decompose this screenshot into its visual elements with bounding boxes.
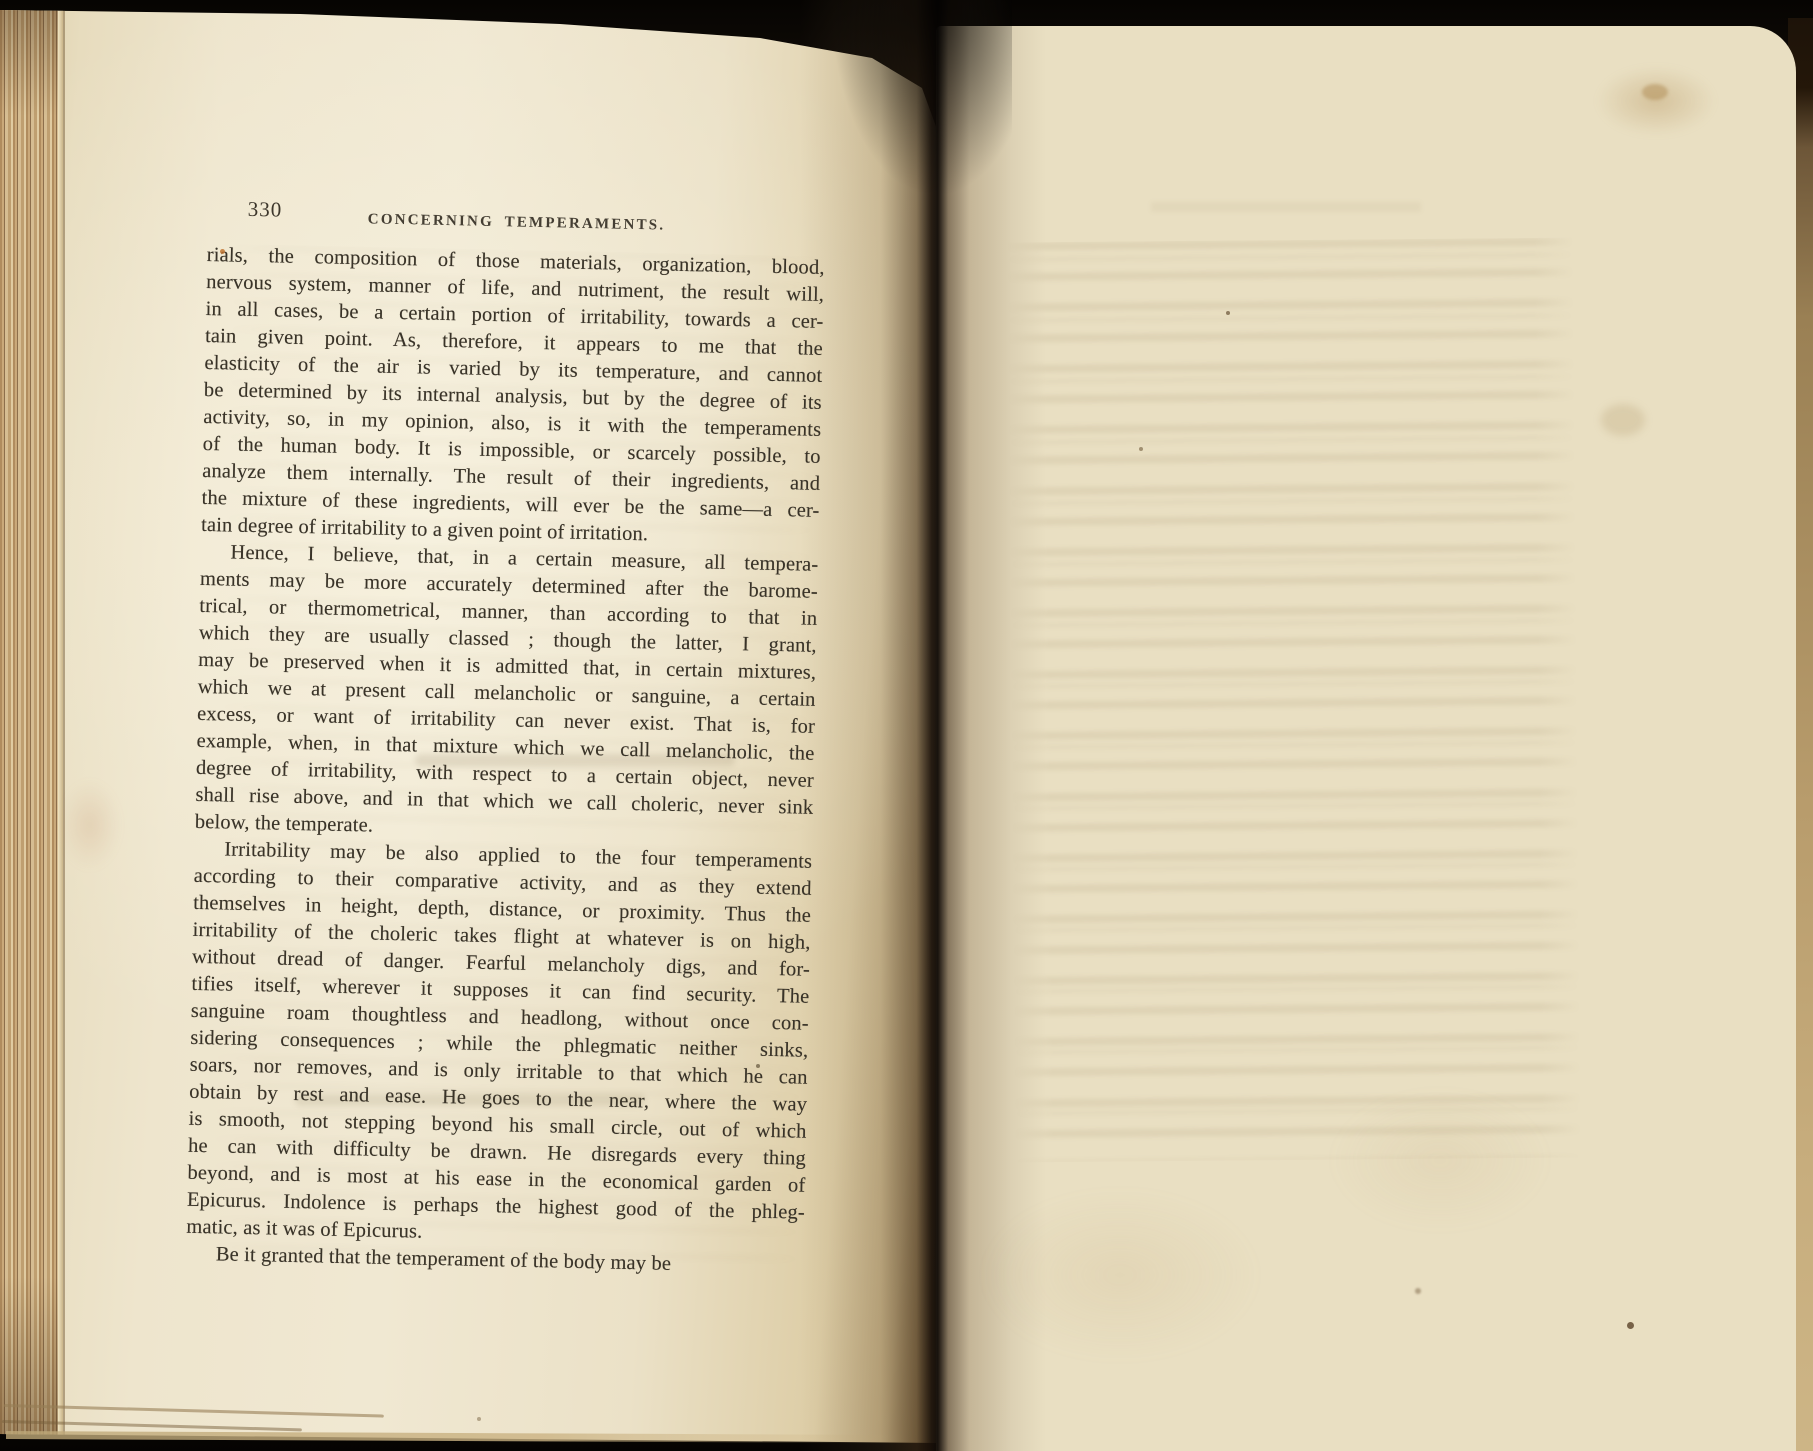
foxing-spot bbox=[477, 1417, 481, 1421]
book-spread-scan: 330 CONCERNING TEMPERAMENTS. rials, the … bbox=[0, 0, 1813, 1451]
paragraph: Hence, I believe, that, in a certain mea… bbox=[195, 539, 819, 849]
page-edge-crease bbox=[63, 0, 65, 1451]
corner-stain bbox=[1596, 66, 1716, 136]
foxing-spot bbox=[1139, 447, 1143, 451]
foxing-spot bbox=[220, 249, 225, 254]
foxing-spot bbox=[1642, 84, 1668, 100]
paper-stain bbox=[980, 1190, 1260, 1360]
foxing-spot bbox=[1627, 1322, 1634, 1329]
paragraph: Irritability may be also applied to the … bbox=[186, 836, 812, 1254]
text-block: 330 CONCERNING TEMPERAMENTS. rials, the … bbox=[186, 196, 826, 1281]
bleed-through-header bbox=[1151, 202, 1421, 212]
bleed-through-text bbox=[1006, 238, 1582, 1163]
foxing-spot bbox=[756, 1064, 760, 1068]
paragraph: rials, the composition of those material… bbox=[201, 242, 825, 552]
page-stack-fore-edge bbox=[0, 0, 58, 1451]
foxing-spot bbox=[1415, 1288, 1421, 1294]
text-block-body: rials, the composition of those material… bbox=[186, 242, 825, 1281]
running-header: CONCERNING TEMPERAMENTS. bbox=[207, 208, 825, 238]
foxing-spot bbox=[1601, 404, 1645, 436]
foxing-spot bbox=[1226, 311, 1230, 315]
paper-stain bbox=[1330, 1090, 1550, 1230]
paper-stain bbox=[60, 780, 120, 870]
